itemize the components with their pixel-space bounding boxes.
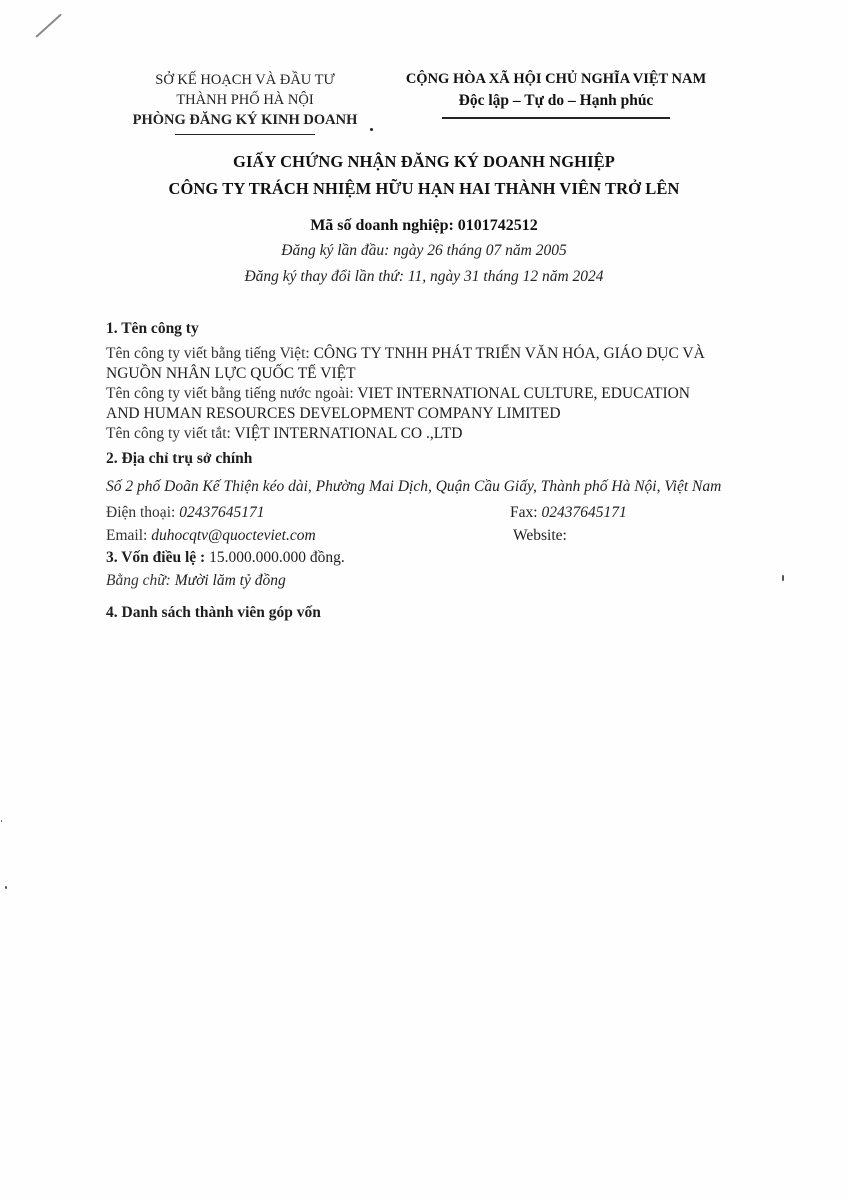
section-charter-capital-heading: 3. Vốn điều lệ : [106,549,209,566]
company-name-vietnamese-label: Tên công ty viết bằng tiếng Việt: [106,345,314,362]
authority-city: THÀNH PHỐ HÀ NỘI [100,90,390,110]
national-motto: CỘNG HÒA XÃ HỘI CHỦ NGHĨA VIỆT NAM Độc l… [396,68,716,119]
head-office-address: Số 2 phố Doãn Kế Thiện kéo dài, Phường M… [106,476,726,497]
document-page: SỞ KẾ HOẠCH VÀ ĐẦU TƯ THÀNH PHỐ HÀ NỘI P… [0,0,848,1200]
phone-value: 02437645171 [179,504,264,521]
first-registration-date: Đăng ký lần đầu: ngày 26 tháng 07 năm 20… [100,238,748,264]
website: Website: [510,524,726,547]
header-left-divider [175,134,315,135]
fax-label: Fax: [510,504,541,521]
fax: Fax: 02437645171 [510,501,726,524]
website-label: Website: [513,527,567,544]
section-address-heading: 2. Địa chỉ trụ sở chính [106,448,726,470]
company-name-short-value: VIỆT INTERNATIONAL CO .,LTD [234,425,462,442]
charter-capital-in-words-value: Mười lăm tỷ đồng [175,572,286,589]
section-company-name-heading: 1. Tên công ty [106,318,726,340]
enterprise-code: Mã số doanh nghiệp: 0101742512 [100,214,748,238]
country-name: CỘNG HÒA XÃ HỘI CHỦ NGHĨA VIỆT NAM [396,68,716,90]
section-members-heading: 4. Danh sách thành viên góp vốn [106,602,726,624]
charter-capital-value: 15.000.000.000 đồng. [209,549,345,566]
email-value: duhocqtv@quocteviet.com [151,527,315,544]
scan-speck [1,820,2,822]
certificate-title: GIẤY CHỨNG NHẬN ĐĂNG KÝ DOANH NGHIỆP [100,148,748,175]
company-type: CÔNG TY TRÁCH NHIỆM HỮU HẠN HAI THÀNH VI… [100,175,748,202]
issuing-authority: SỞ KẾ HOẠCH VÀ ĐẦU TƯ THÀNH PHỐ HÀ NỘI P… [100,70,390,135]
scan-speck [782,575,784,581]
scan-speck [5,886,7,889]
company-name-short: Tên công ty viết tắt: VIỆT INTERNATIONAL… [106,424,726,444]
email: Email: duhocqtv@quocteviet.com [106,524,510,547]
certificate-title-block: GIẤY CHỨNG NHẬN ĐĂNG KÝ DOANH NGHIỆP CÔN… [100,148,748,290]
contact-row-phone-fax: Điện thoại: 02437645171 Fax: 02437645171 [106,501,726,524]
charter-capital-in-words-label: Bằng chữ: [106,572,175,589]
company-name-foreign-label: Tên công ty viết bằng tiếng nước ngoài: [106,385,357,402]
certificate-body: 1. Tên công ty Tên công ty viết bằng tiế… [106,318,726,624]
scan-dot [370,128,373,131]
company-name-foreign: Tên công ty viết bằng tiếng nước ngoài: … [106,384,726,424]
authority-department: SỞ KẾ HOẠCH VÀ ĐẦU TƯ [100,70,390,90]
contact-row-email-website: Email: duhocqtv@quocteviet.com Website: [106,524,726,547]
amendment-registration-date: Đăng ký thay đổi lần thứ: 11, ngày 31 th… [100,264,748,290]
company-name-vietnamese: Tên công ty viết bằng tiếng Việt: CÔNG T… [106,344,726,384]
header-right-divider [442,117,670,119]
charter-capital-in-words: Bằng chữ: Mười lăm tỷ đồng [106,569,726,592]
motto: Độc lập – Tự do – Hạnh phúc [396,90,716,112]
scan-pen-mark [35,14,62,38]
phone-label: Điện thoại: [106,504,179,521]
email-label: Email: [106,527,151,544]
authority-office: PHÒNG ĐĂNG KÝ KINH DOANH [100,110,390,130]
charter-capital: 3. Vốn điều lệ : 15.000.000.000 đồng. [106,547,726,569]
fax-value: 02437645171 [541,504,626,521]
company-name-short-label: Tên công ty viết tắt: [106,425,234,442]
phone: Điện thoại: 02437645171 [106,501,510,524]
